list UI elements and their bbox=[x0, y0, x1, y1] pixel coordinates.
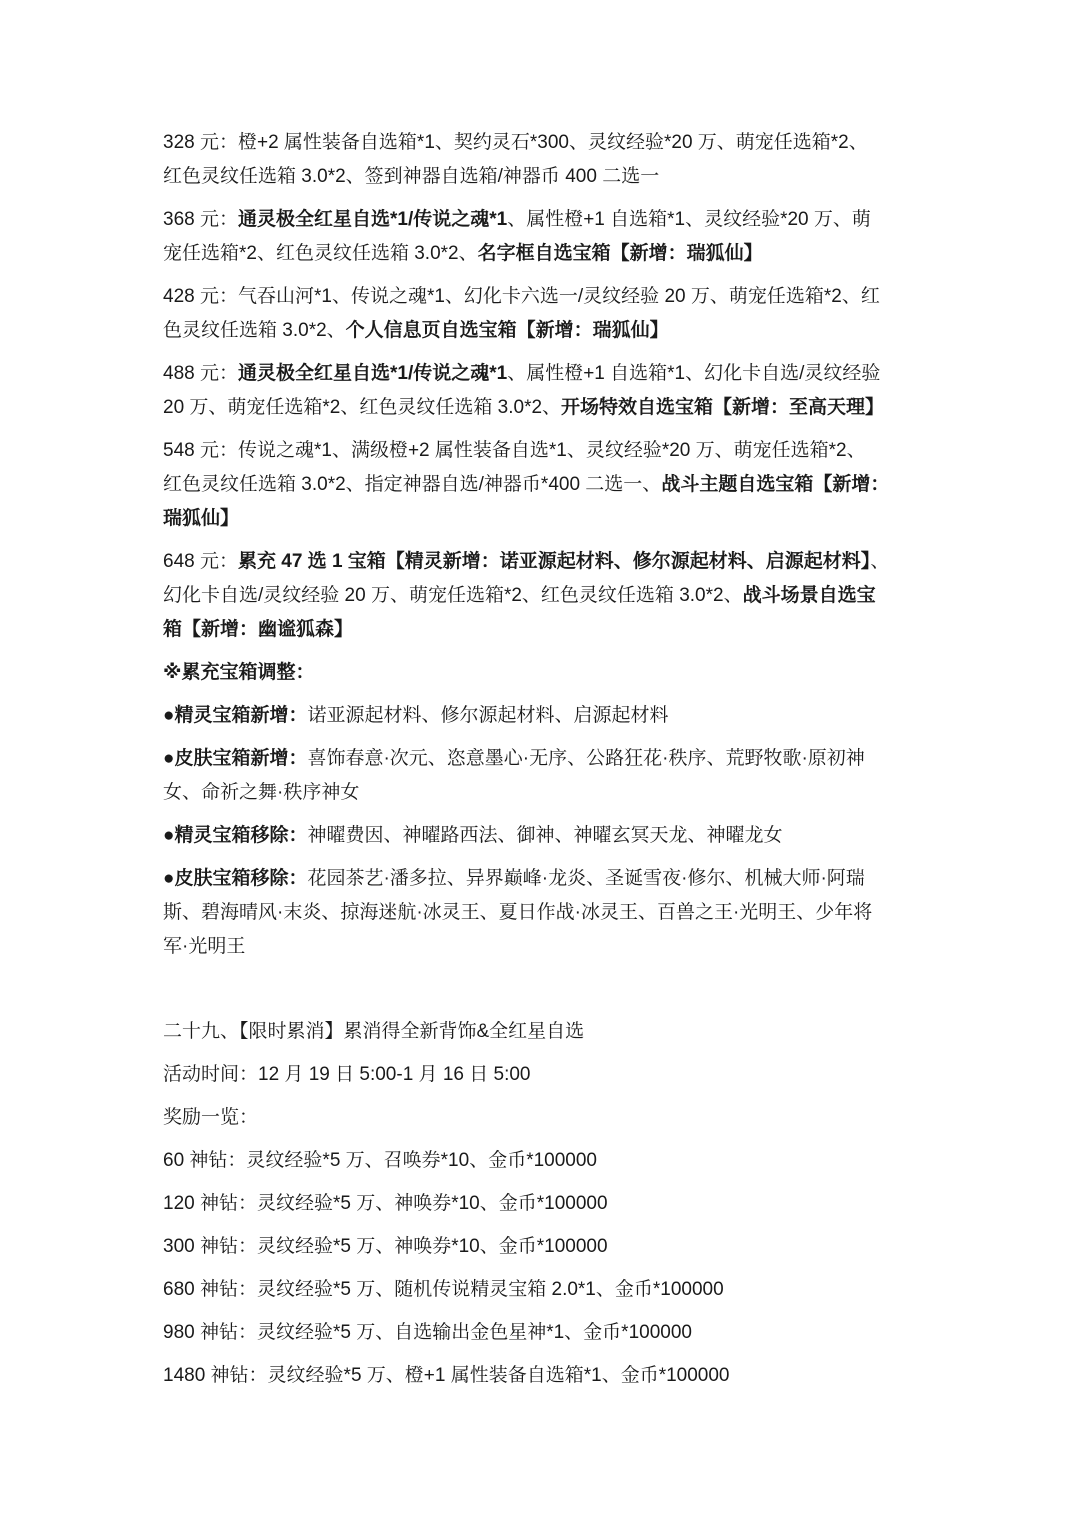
reward-tier: 120 神钻： bbox=[163, 1193, 257, 1214]
tier-amount: 328 元： bbox=[163, 132, 238, 153]
tier-amount: 488 元： bbox=[163, 363, 238, 384]
bullet-skin-removed: ●皮肤宝箱移除：花园茶艺·潘多拉、异界巅峰·龙炎、圣诞雪夜·修尔、机械大师·阿瑞… bbox=[163, 862, 933, 964]
reward-tier: 300 神钻： bbox=[163, 1236, 257, 1257]
bullet-skin-added: ●皮肤宝箱新增：喜饰春意·次元、恣意墨心·无序、公路狂花·秩序、荒野牧歌·原初神… bbox=[163, 742, 933, 810]
activity-time-value: 12 月 19 日 5:00-1 月 16 日 5:00 bbox=[258, 1064, 531, 1085]
activity-time: 活动时间：12 月 19 日 5:00-1 月 16 日 5:00 bbox=[163, 1058, 933, 1092]
document-page: 328 元：橙+2 属性装备自选箱*1、契约灵石*300、灵纹经验*20 万、萌… bbox=[163, 126, 933, 1402]
reward-tier: 60 神钻： bbox=[163, 1150, 246, 1171]
tier-amount: 548 元： bbox=[163, 440, 238, 461]
reward-tier: 1480 神钻： bbox=[163, 1365, 268, 1386]
tier-amount: 368 元： bbox=[163, 209, 238, 230]
tier-548: 548 元：传说之魂*1、满级橙+2 属性装备自选*1、灵纹经验*20 万、萌宠… bbox=[163, 434, 933, 536]
tier-328: 328 元：橙+2 属性装备自选箱*1、契约灵石*300、灵纹经验*20 万、萌… bbox=[163, 126, 933, 194]
reward-row: 980 神钻：灵纹经验*5 万、自选输出金色星神*1、金币*100000 bbox=[163, 1316, 933, 1350]
tier-428: 428 元：气吞山河*1、传说之魂*1、幻化卡六选一/灵纹经验 20 万、萌宠任… bbox=[163, 280, 933, 348]
reward-row: 60 神钻：灵纹经验*5 万、召唤券*10、金币*100000 bbox=[163, 1144, 933, 1178]
reward-row: 680 神钻：灵纹经验*5 万、随机传说精灵宝箱 2.0*1、金币*100000 bbox=[163, 1273, 933, 1307]
tier-amount: 428 元： bbox=[163, 286, 238, 307]
bullet-sprite-added: ●精灵宝箱新增：诺亚源起材料、修尔源起材料、启源起材料 bbox=[163, 699, 933, 733]
bullet-label: ●皮肤宝箱新增： bbox=[163, 748, 307, 769]
reward-tier: 980 神钻： bbox=[163, 1322, 257, 1343]
tier-amount: 648 元： bbox=[163, 551, 238, 572]
reward-row: 300 神钻：灵纹经验*5 万、神唤券*10、金币*100000 bbox=[163, 1230, 933, 1264]
tier-368: 368 元：通灵极全红星自选*1/传说之魂*1、属性橙+1 自选箱*1、灵纹经验… bbox=[163, 203, 933, 271]
section-spacer bbox=[163, 973, 933, 1015]
reward-row: 120 神钻：灵纹经验*5 万、神唤券*10、金币*100000 bbox=[163, 1187, 933, 1221]
bullet-sprite-removed: ●精灵宝箱移除：神曜费因、神曜路西法、御神、神曜玄冥天龙、神曜龙女 bbox=[163, 819, 933, 853]
reward-row: 1480 神钻：灵纹经验*5 万、橙+1 属性装备自选箱*1、金币*100000 bbox=[163, 1359, 933, 1393]
bullet-label: ●精灵宝箱移除： bbox=[163, 825, 307, 846]
tier-488: 488 元：通灵极全红星自选*1/传说之魂*1、属性橙+1 自选箱*1、幻化卡自… bbox=[163, 357, 933, 425]
bullet-label: ●皮肤宝箱移除： bbox=[163, 868, 307, 889]
bullet-label: ●精灵宝箱新增： bbox=[163, 705, 307, 726]
reward-tier: 680 神钻： bbox=[163, 1279, 257, 1300]
tier-648: 648 元：累充 47 选 1 宝箱【精灵新增：诺亚源起材料、修尔源起材料、启源… bbox=[163, 545, 933, 647]
adjustment-heading: ※累充宝箱调整： bbox=[163, 656, 933, 690]
section-29-title: 二十九、【限时累消】累消得全新背饰&全红星自选 bbox=[163, 1015, 933, 1049]
activity-time-label: 活动时间： bbox=[163, 1064, 258, 1085]
rewards-label: 奖励一览： bbox=[163, 1101, 933, 1135]
